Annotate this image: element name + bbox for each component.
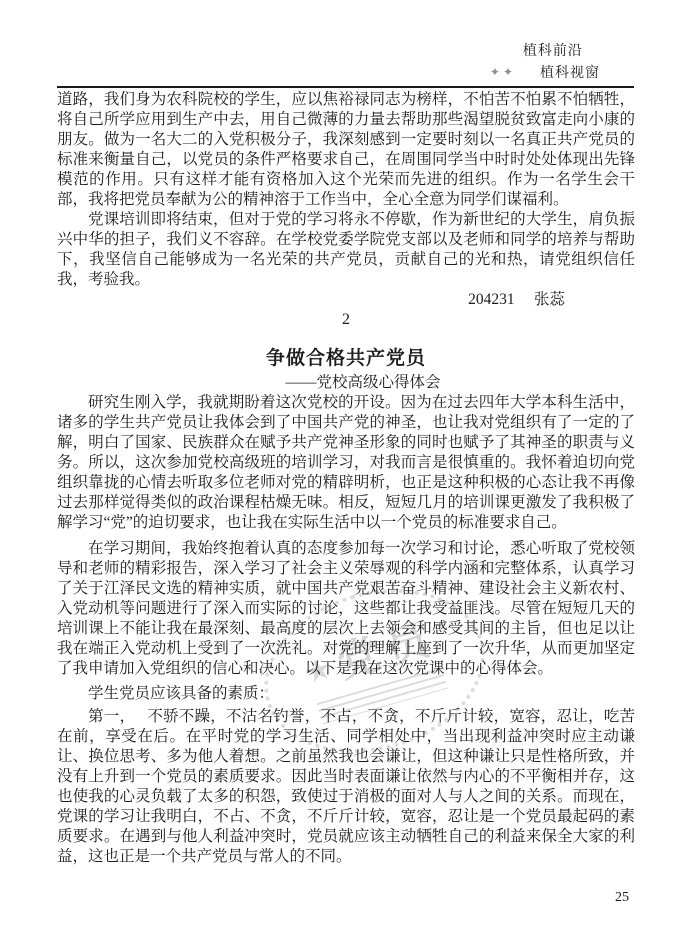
paragraph: 在学习期间，我始终抱着认真的态度参加每一次学习和讨论，悉心听取了党校领导和老师的… bbox=[57, 539, 635, 679]
header-divider-line bbox=[57, 86, 634, 88]
document-page: 植科前沿 ✦✦植科视窗 ★ 党员 道路，我们身为农科院校的学生，应以焦裕禄同志为… bbox=[0, 0, 691, 931]
essay-subtitle: ——党校高级心得体会 bbox=[57, 373, 635, 393]
section-number: 2 bbox=[57, 310, 635, 330]
page-header: 植科前沿 ✦✦植科视窗 bbox=[490, 42, 600, 84]
paragraph-continuation: 道路，我们身为农科院校的学生，应以焦裕禄同志为榜样，不怕苦不怕累不怕牺牲，将自己… bbox=[57, 90, 635, 210]
document-body: 道路，我们身为农科院校的学生，应以焦裕禄同志为榜样，不怕苦不怕累不怕牺牲，将自己… bbox=[57, 90, 635, 867]
paragraph: 党课培训即将结束，但对于党的学习将永不停歇，作为新世纪的大学生，肩负振兴中华的担… bbox=[57, 210, 635, 290]
paragraph: 学生党员应该具备的素质： bbox=[57, 684, 635, 704]
star-icon: ✦✦ bbox=[490, 65, 516, 79]
header-section-label: 植科视窗 bbox=[540, 66, 600, 81]
header-title-line1: 植科前沿 bbox=[523, 42, 600, 62]
author-signature: 204231 张蕊 bbox=[57, 290, 635, 310]
page-number: 25 bbox=[615, 890, 629, 906]
paragraph: 第一， 不骄不躁，不沽名钓誉，不占，不贪，不斤斤计较，宽容，忍让，吃苦在前，享受… bbox=[57, 707, 635, 867]
paragraph: 研究生刚入学，我就期盼着这次党校的开设。因为在过去四年大学本科生活中，诸多的学生… bbox=[57, 393, 635, 533]
header-title-line2: ✦✦植科视窗 bbox=[490, 62, 600, 84]
essay-title: 争做合格共产党员 bbox=[57, 347, 635, 371]
